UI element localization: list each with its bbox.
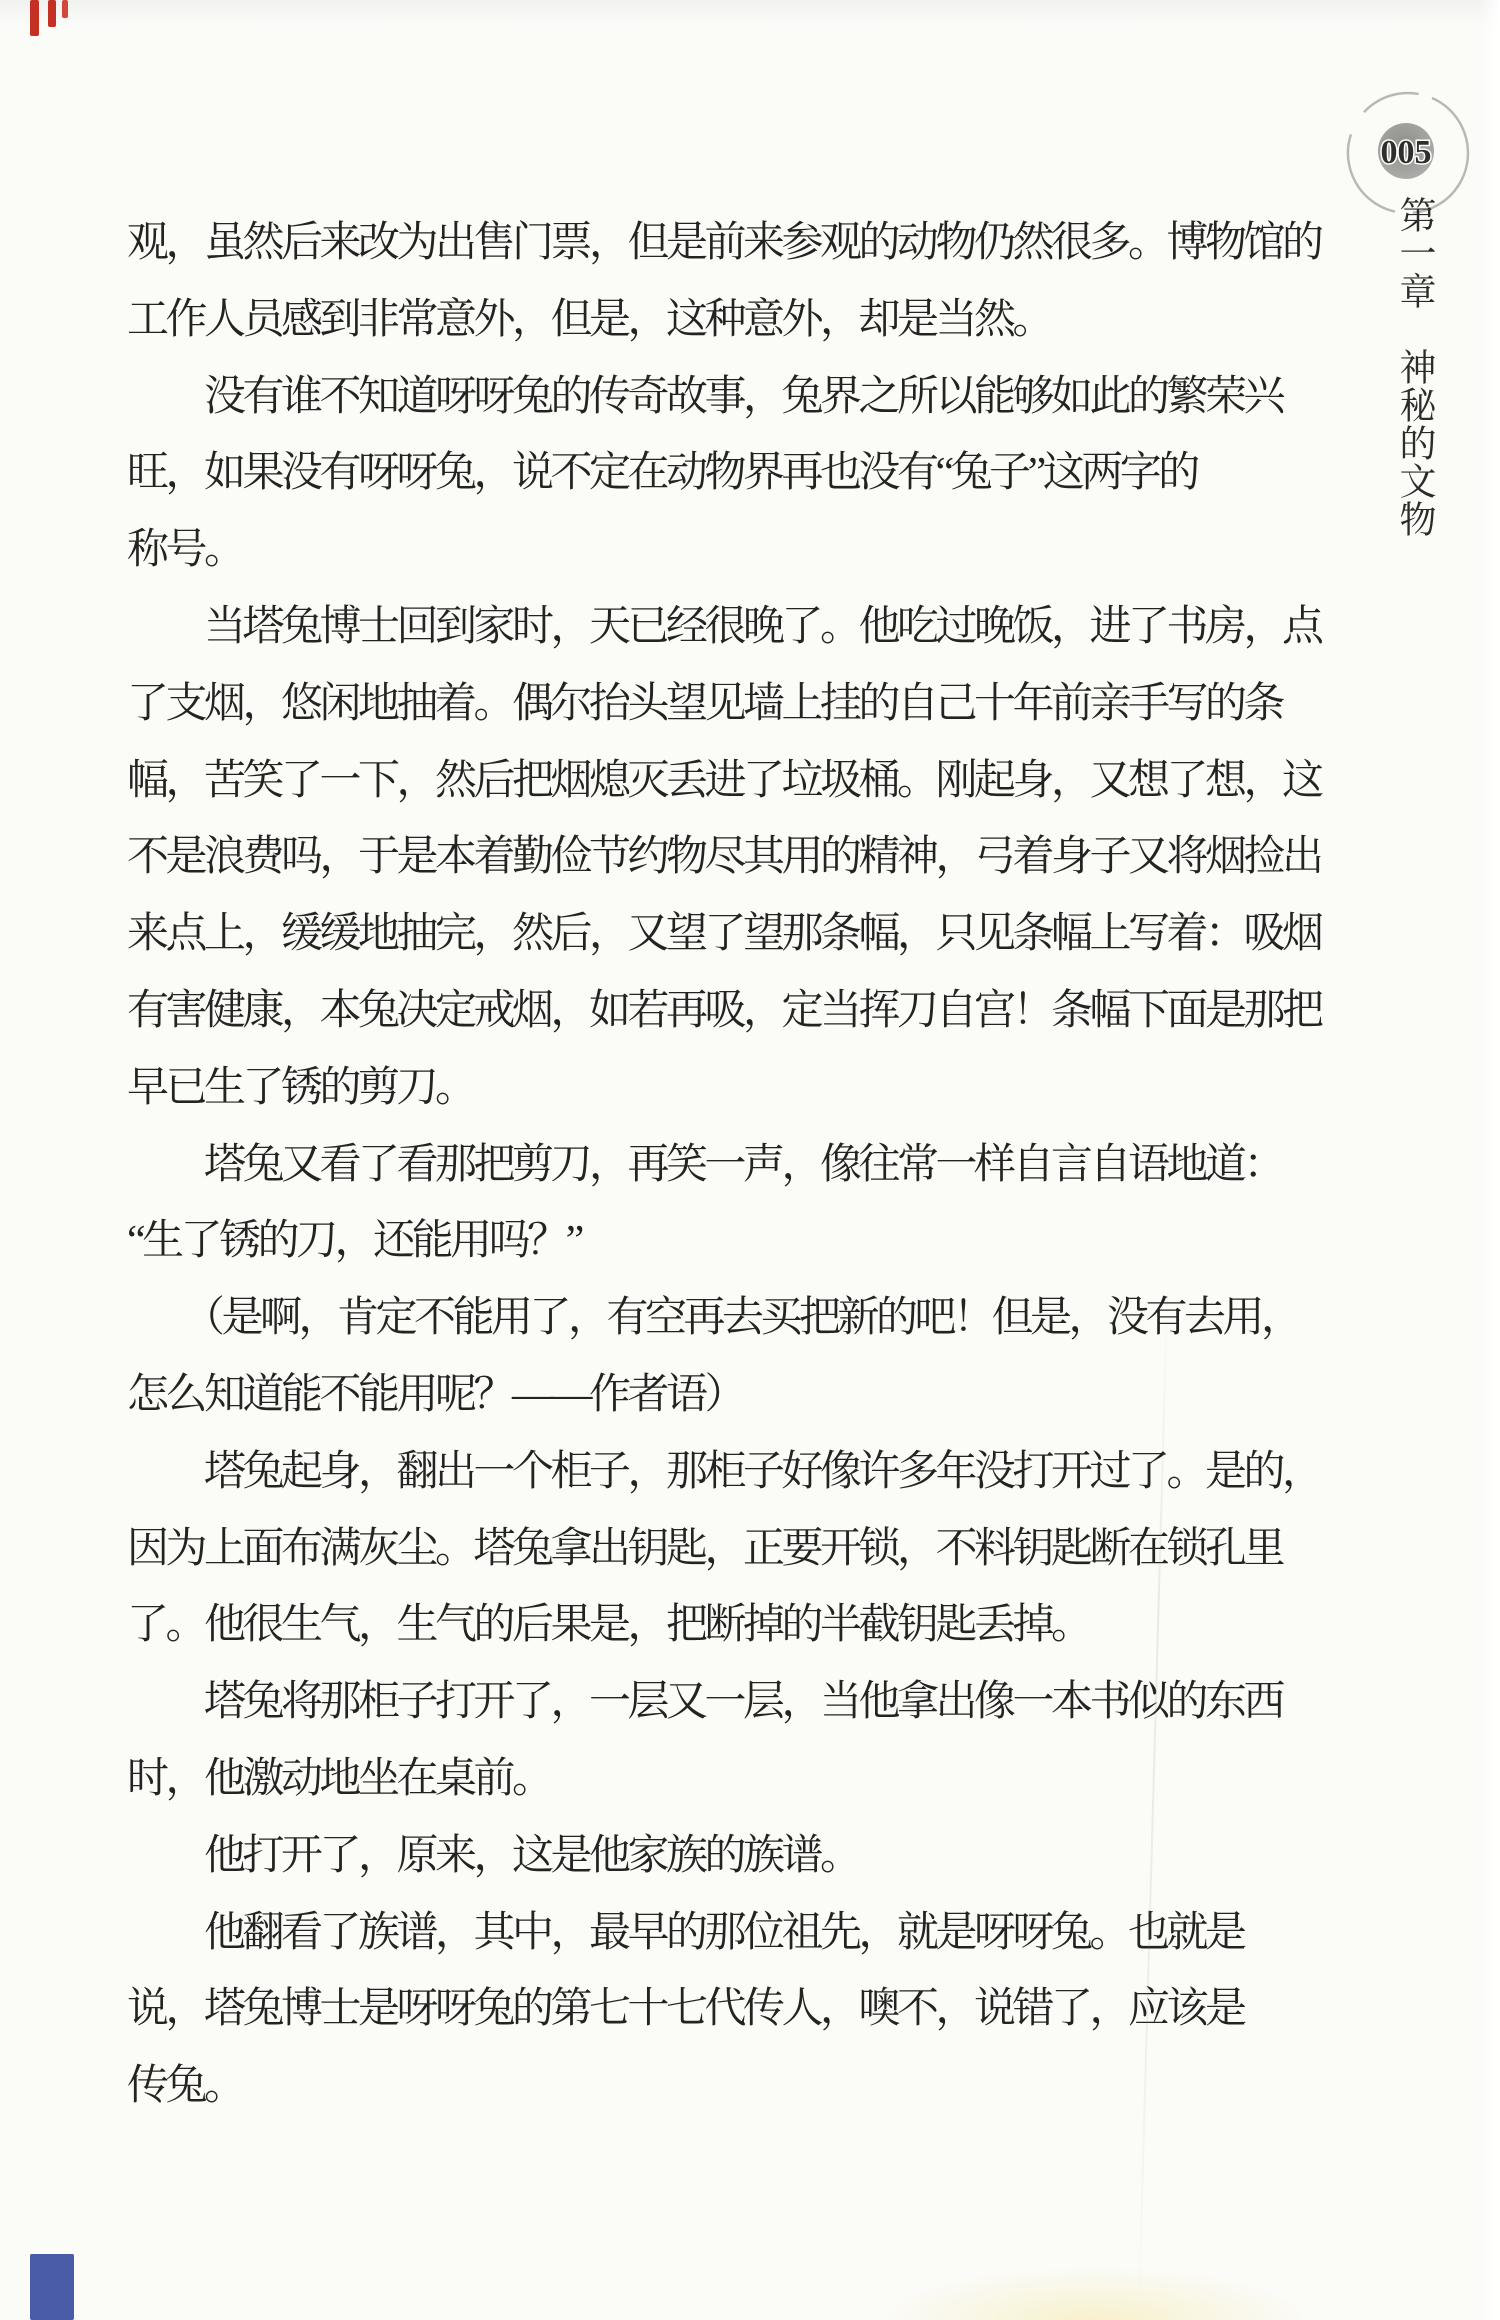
text-line: 不是浪费吗，于是本着勤俭节约物尽其用的精神，弓着身子又将烟捡出: [127, 819, 1323, 896]
text-line: 来点上，缓缓地抽完，然后，又望了望那条幅，只见条幅上写着：吸烟: [127, 896, 1323, 973]
blue-edge-mark: [30, 2254, 74, 2320]
text-line: 工作人员感到非常意外，但是，这种意外，却是当然。: [127, 282, 1323, 359]
book-page: 005 第一章 神秘的文物 观，虽然后来改为出售门票，但是前来参观的动物仍然很多…: [0, 0, 1500, 2320]
text-line: 当塔兔博士回到家时，天已经很晚了。他吃过晚饭，进了书房，点: [127, 589, 1323, 666]
text-line: 没有谁不知道呀呀兔的传奇故事，兔界之所以能够如此的繁荣兴: [127, 359, 1323, 436]
text-line: 塔兔又看了看那把剪刀，再笑一声，像往常一样自言自语地道：: [127, 1127, 1323, 1204]
text-line: 塔兔起身，翻出一个柜子，那柜子好像许多年没打开过了。是的，: [127, 1434, 1323, 1511]
text-line: 早已生了锈的剪刀。: [127, 1050, 1323, 1127]
text-line: 了支烟，悠闲地抽着。偶尔抬头望见墙上挂的自己十年前亲手写的条: [127, 666, 1323, 743]
text-line: 观，虽然后来改为出售门票，但是前来参观的动物仍然很多。博物馆的: [127, 205, 1323, 282]
text-line: 他翻看了族谱，其中，最早的那位祖先，就是呀呀兔。也就是: [127, 1895, 1323, 1972]
text-line: 有害健康，本兔决定戒烟，如若再吸，定当挥刀自宫！条幅下面是那把: [127, 973, 1323, 1050]
text-line: 旺，如果没有呀呀兔，说不定在动物界再也没有“兔子”这两字的: [127, 435, 1323, 512]
scan-edge-right: [1478, 0, 1500, 2320]
text-line: 塔兔将那柜子打开了，一层又一层，当他拿出像一本书似的东西: [127, 1664, 1323, 1741]
text-line: 说，塔兔博士是呀呀兔的第七十七代传人，噢不，说错了，应该是: [127, 1971, 1323, 2048]
text-line: 称号。: [127, 512, 1323, 589]
body-text: 观，虽然后来改为出售门票，但是前来参观的动物仍然很多。博物馆的工作人员感到非常意…: [127, 205, 1323, 2125]
red-edge-marks-icon: [24, 0, 80, 46]
text-line: “生了锈的刀，还能用吗？”: [127, 1203, 1323, 1280]
text-line: （是啊，肯定不能用了，有空再去买把新的吧！但是，没有去用，: [127, 1280, 1323, 1357]
text-line: 他打开了，原来，这是他家族的族谱。: [127, 1818, 1323, 1895]
paper-stain: [880, 2266, 1310, 2320]
scan-edge-top: [0, 0, 1500, 26]
text-line: 了。他很生气，生气的后果是，把断掉的半截钥匙丢掉。: [127, 1587, 1323, 1664]
text-line: 时，他激动地坐在桌前。: [127, 1741, 1323, 1818]
text-line: 因为上面布满灰尘。塔兔拿出钥匙，正要开锁，不料钥匙断在锁孔里: [127, 1511, 1323, 1588]
chapter-title-vertical: 第一章 神秘的文物: [1386, 196, 1440, 956]
text-line: 怎么知道能不能用呢？——作者语）: [127, 1357, 1323, 1434]
text-line: 幅，苦笑了一下，然后把烟熄灭丢进了垃圾桶。刚起身，又想了想，这: [127, 743, 1323, 820]
page-number: 005: [1381, 134, 1432, 171]
